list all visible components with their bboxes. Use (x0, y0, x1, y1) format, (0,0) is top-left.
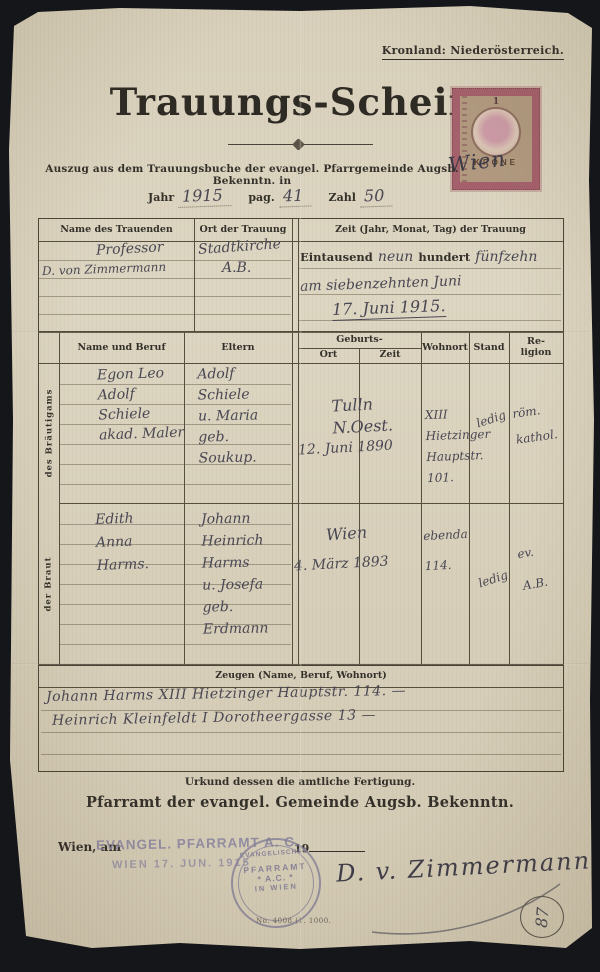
pag-value: 41 (278, 185, 311, 207)
time-written-fuenfzehn: fünfzehn (475, 249, 537, 265)
t1-header-officiant: Name des Trauenden (39, 219, 194, 241)
marriage-date: 17. Juni 1915. (332, 296, 446, 321)
t2-col-rule-religion (509, 333, 510, 665)
marriage-time-line1: Eintausend neun hundert fünfzehn (300, 246, 560, 265)
zahl-value: 50 (360, 185, 393, 207)
bride-birth-place: Wien (325, 523, 367, 545)
time-written-neun: neun (378, 249, 413, 265)
t2-header-name: Name und Beruf (59, 333, 184, 363)
t2-header-birth: Geburts- (298, 333, 421, 348)
t2-header-parents: Eltern (184, 333, 292, 363)
time-printed-eintausend: Eintausend (300, 250, 373, 264)
t2-header-birth-place: Ort (298, 348, 359, 363)
marriage-place-line2: A.B. (222, 260, 251, 276)
date-stamp-line2: WIEN 17. JUN. 1915 (112, 857, 251, 871)
jahr-value: 1915 (178, 185, 231, 208)
bride-name: Edith Anna Harms. (95, 507, 150, 578)
bride-residence: ebenda 114. (422, 519, 470, 581)
horizontal-fold-crease-1 (12, 331, 588, 333)
horizontal-fold-crease-2 (12, 663, 588, 665)
archive-number: 87 (532, 906, 553, 928)
seal-line2: * A.C. * (232, 870, 318, 886)
t2-header-birth-time: Zeit (359, 348, 421, 363)
bride-row-label: der Braut (39, 503, 59, 665)
jahr-label: Jahr (148, 191, 174, 204)
register-reference-row: Jahr1915 pag.41 Zahl50 (148, 186, 448, 207)
seal-line1: PFARRAMT (232, 860, 318, 876)
document-paper: Kronland: Niederösterreich. Trauungs-Sch… (0, 0, 600, 972)
stamp-denomination: 1 (460, 97, 532, 107)
t2-double-rule (292, 333, 299, 665)
groom-parents: Adolf Schiele u. Maria geb. Soukup. (197, 363, 259, 469)
archive-number-circle: 87 (520, 896, 564, 938)
groom-religion: röm. kathol. (511, 395, 560, 452)
pag-label: pag. (248, 191, 274, 204)
kronland-label: Kronland: Niederösterreich. (382, 44, 564, 60)
time-printed-hundert: hundert (418, 250, 470, 264)
t1-header-time: Zeit (Jahr, Monat, Tag) der Trauung (298, 219, 563, 241)
vertical-fold-crease (299, 8, 302, 948)
groom-birth-place: Tulln N.Oest. (331, 392, 394, 439)
groom-name: Egon Leo Adolf Schiele akad. Maler (97, 363, 185, 446)
t2-col-rule-stand (469, 333, 470, 665)
t2-header-status: Stand (469, 333, 509, 363)
t2-row-divider (59, 503, 563, 504)
bride-parents: Johann Heinrich Harms u. Josefa geb. Erd… (201, 507, 269, 640)
seal-line3: IN WIEN (233, 880, 319, 895)
extract-line: Auszug aus dem Trauungsbuche der evangel… (38, 163, 466, 187)
t2-header-residence: Wohnort (421, 333, 469, 363)
t2-header-religion: Re- ligion (509, 333, 563, 363)
t2-col-rule-wohnort (421, 333, 422, 665)
groom-row-label: des Bräutigams (39, 363, 59, 503)
print-reference: No. 4008 (1. 1000. (256, 917, 331, 925)
zahl-label: Zahl (329, 191, 356, 204)
year-blank-line (309, 851, 365, 852)
